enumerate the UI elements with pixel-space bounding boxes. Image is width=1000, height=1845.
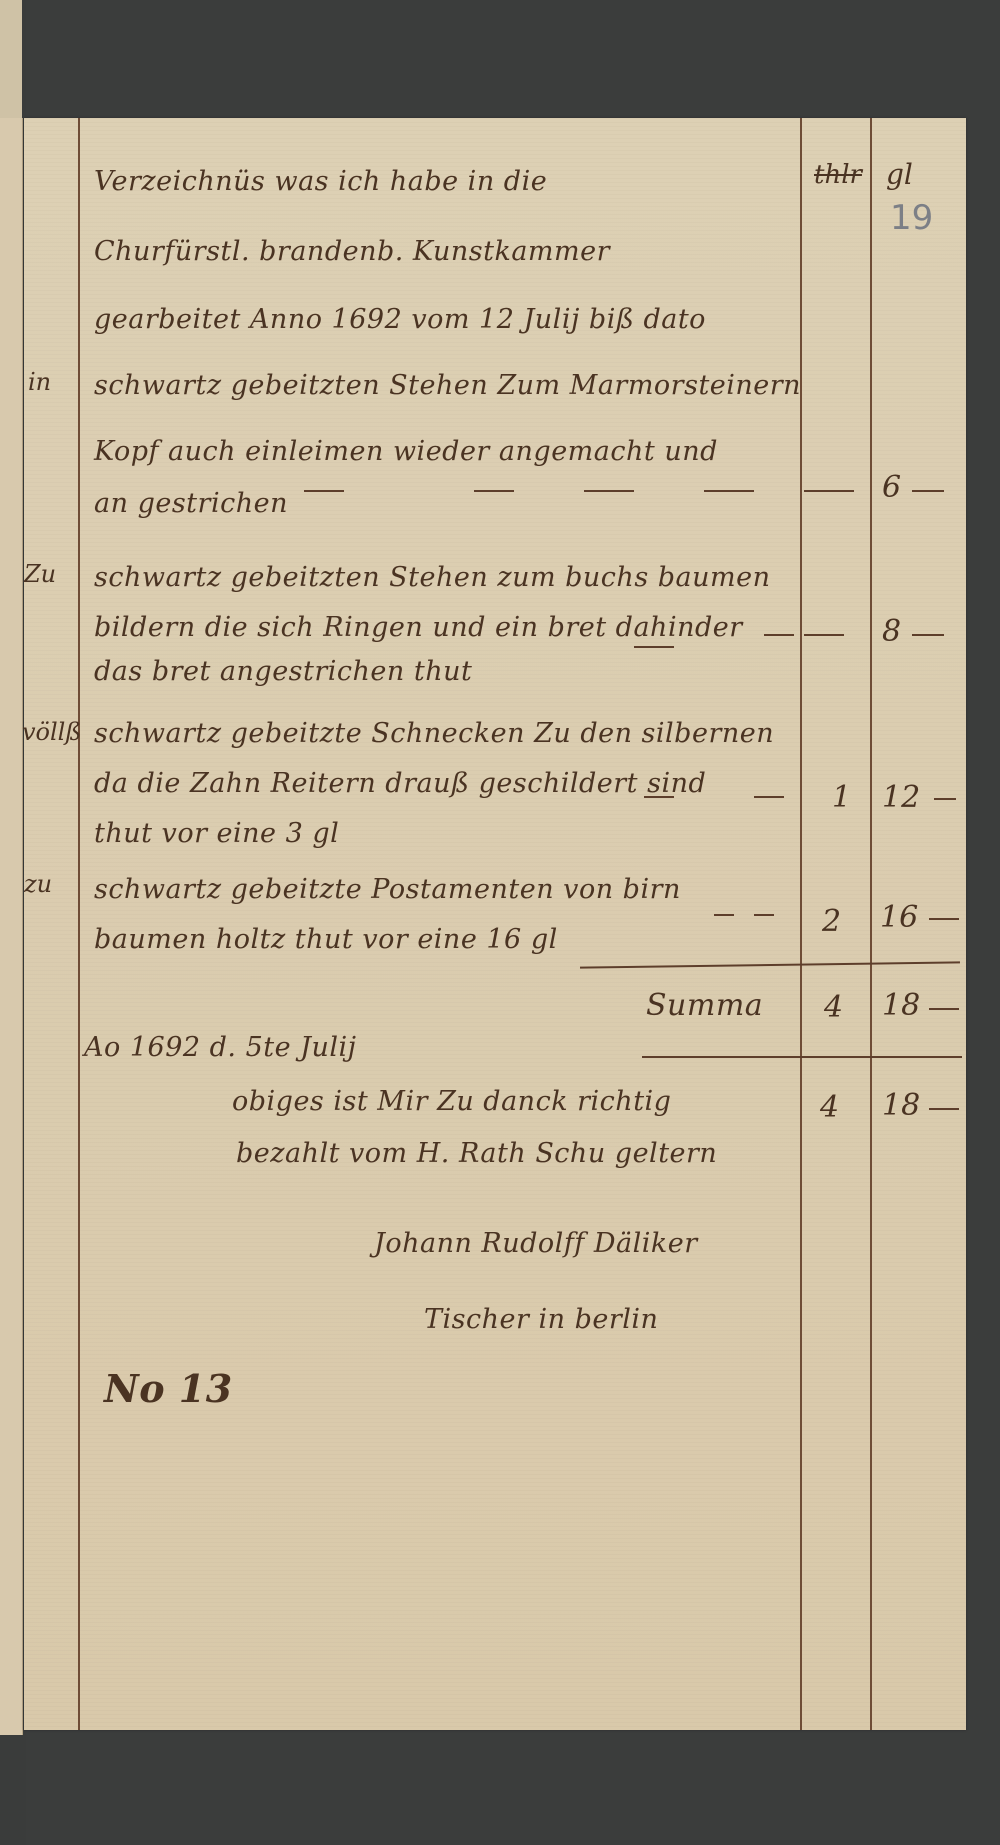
heading-line-2: Churfürstl. brandenb. Kunstkammer <box>94 236 610 267</box>
filler-dash <box>634 646 674 648</box>
heading-line-3: gearbeitet Anno 1692 vom 12 Julij biß da… <box>94 304 706 335</box>
groschen-column-rule <box>870 118 872 1730</box>
signature-name: Johann Rudolff Däliker <box>374 1228 698 1259</box>
receipt-groschen: 18 <box>882 1088 920 1123</box>
summa-thaler: 4 <box>824 990 843 1025</box>
item-3-line-3: thut vor eine 3 gl <box>94 818 339 849</box>
left-margin-rule <box>78 118 80 1730</box>
filler-dash <box>929 918 959 920</box>
item-3-line-1: schwartz gebeitzte Schnecken Zu den silb… <box>94 718 774 749</box>
thaler-column-header: thlr <box>814 160 862 190</box>
item-1-margin-note: in <box>28 368 51 396</box>
filler-dash <box>754 796 784 798</box>
item-4-groschen: 16 <box>880 900 918 935</box>
filler-dash <box>644 796 674 798</box>
filler-dash <box>584 490 634 492</box>
filler-dash <box>929 1008 959 1010</box>
filler-dash <box>714 914 734 916</box>
item-1-line-1: schwartz gebeitzten Stehen Zum Marmorste… <box>94 370 801 401</box>
item-1-line-3: an gestrichen <box>94 488 288 519</box>
adjacent-page-top <box>0 0 22 118</box>
item-4-thaler: 2 <box>822 904 841 939</box>
document-number: No 13 <box>104 1366 233 1411</box>
heading-line-1: Verzeichnüs was ich habe in die <box>94 166 547 197</box>
adjacent-page-edge <box>0 0 26 1845</box>
filler-dash <box>912 490 944 492</box>
item-4-margin-note: zu <box>24 870 52 898</box>
filler-dash <box>754 914 774 916</box>
item-3-line-2: da die Zahn Reitern drauß geschildert si… <box>94 768 706 799</box>
receipt-thaler: 4 <box>820 1090 839 1125</box>
item-4-line-1: schwartz gebeitzte Postamenten von birn <box>94 874 681 905</box>
filler-dash <box>934 798 956 800</box>
filler-dash <box>474 490 514 492</box>
item-2-groschen: 8 <box>882 614 901 649</box>
item-3-margin-note: völlß <box>22 718 81 746</box>
receipt-line-2: bezahlt vom H. Rath Schu geltern <box>236 1138 717 1169</box>
item-2-margin-note: Zu <box>24 560 56 588</box>
filler-dash <box>804 490 854 492</box>
item-1-groschen: 6 <box>882 470 901 505</box>
item-3-groschen: 12 <box>882 780 920 815</box>
date-line: Ao 1692 d. 5te Julij <box>84 1032 357 1063</box>
thaler-column-rule <box>800 118 802 1730</box>
filler-dash <box>804 634 844 636</box>
item-2-line-3: das bret angestrichen thut <box>94 656 472 687</box>
sum-rule-bottom <box>642 1056 962 1058</box>
item-3-thaler: 1 <box>832 780 851 815</box>
document-page: thlr gl 19 Verzeichnüs was ich habe in d… <box>24 118 966 1730</box>
item-2-line-1: schwartz gebeitzten Stehen zum buchs bau… <box>94 562 771 593</box>
filler-dash <box>929 1108 959 1110</box>
filler-dash <box>704 490 754 492</box>
adjacent-page-sheet <box>0 118 23 1735</box>
signature-title: Tischer in berlin <box>424 1304 658 1335</box>
item-4-line-2: baumen holtz thut vor eine 16 gl <box>94 924 558 955</box>
item-1-line-2: Kopf auch einleimen wieder angemacht und <box>94 436 718 467</box>
sum-rule-top <box>580 961 960 968</box>
receipt-line-1: obiges ist Mir Zu danck richtig <box>232 1086 671 1117</box>
filler-dash <box>912 634 944 636</box>
item-2-line-2: bildern die sich Ringen und ein bret dah… <box>94 612 743 643</box>
groschen-column-header: gl <box>886 158 913 191</box>
summa-label: Summa <box>646 988 763 1023</box>
folio-number: 19 <box>890 198 933 238</box>
filler-dash <box>304 490 344 492</box>
filler-dash <box>764 634 794 636</box>
summa-groschen: 18 <box>882 988 920 1023</box>
